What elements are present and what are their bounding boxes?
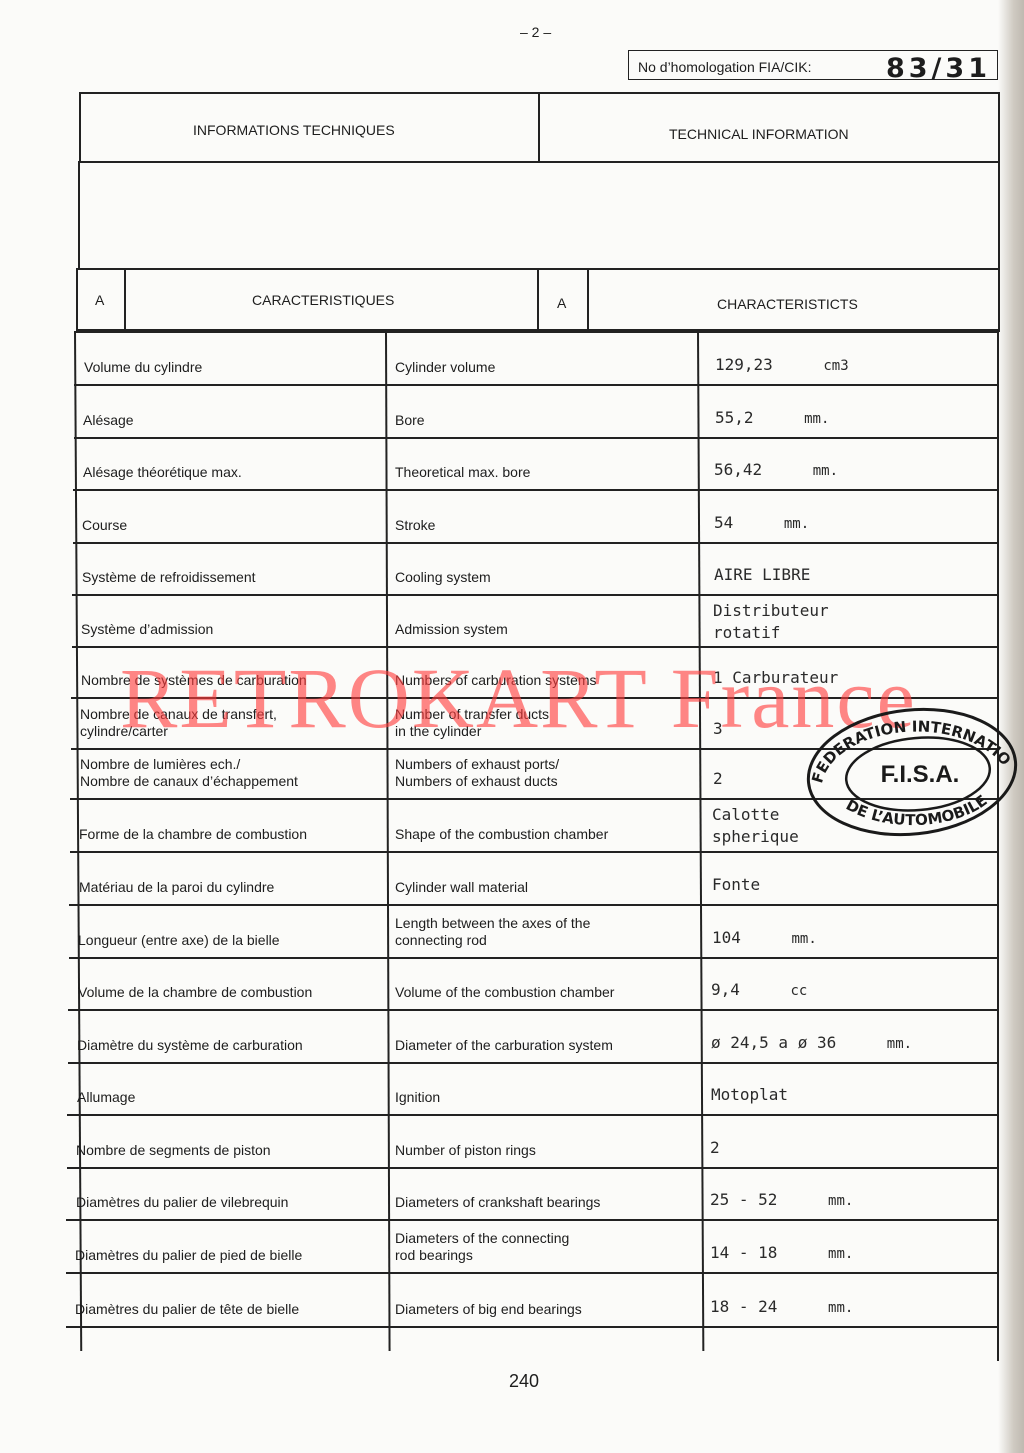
homologation-number: 83/31 <box>886 53 991 84</box>
row-unit: mm. <box>777 1246 853 1262</box>
rule <box>998 92 1000 332</box>
row-label-fr: Volume de la chambre de combustion <box>78 984 312 1001</box>
row-label-fr: Longueur (entre axe) de la bielle <box>78 932 280 949</box>
rule <box>68 1009 998 1011</box>
row-unit: mm. <box>741 931 817 947</box>
row-label-fr: Nombre de segments de piston <box>76 1142 271 1159</box>
page-number-top: – 2 – <box>520 24 551 40</box>
row-value: Fonte <box>712 874 760 896</box>
row-label-en: Diameters of the connectingrod bearings <box>395 1230 569 1264</box>
rule <box>75 331 998 333</box>
row-label-en: Diameters of big end bearings <box>395 1301 582 1318</box>
rule <box>70 851 998 853</box>
rule <box>69 957 998 959</box>
rule <box>68 1062 998 1064</box>
rule <box>538 92 540 162</box>
row-unit: mm. <box>836 1036 912 1052</box>
row-label-fr: Diamètres du palier de vilebrequin <box>76 1194 288 1211</box>
rule <box>537 268 539 330</box>
row-unit: mm. <box>762 463 838 479</box>
row-unit: mm. <box>777 1300 853 1316</box>
row-unit: mm. <box>777 1193 853 1209</box>
row-label-en: Length between the axes of theconnecting… <box>395 915 590 949</box>
row-value: ø 24,5 a ø 36 mm. <box>711 1032 912 1055</box>
header-right-title: TECHNICAL INFORMATION <box>669 126 849 142</box>
section-right-title: CHARACTERISTICTS <box>717 296 858 312</box>
row-label-en: Cylinder volume <box>395 359 495 376</box>
row-value: 18 - 24 mm. <box>710 1296 853 1319</box>
rule <box>66 1272 998 1274</box>
row-value: AIRE LIBRE <box>714 564 810 586</box>
rule <box>69 904 998 906</box>
row-label-fr: Matériau de la paroi du cylindre <box>79 879 274 896</box>
row-label-en: Diameter of the carburation system <box>395 1037 613 1054</box>
row-unit: cm3 <box>773 358 849 374</box>
rule <box>73 489 998 491</box>
row-label-fr: Allumage <box>77 1089 135 1106</box>
rule <box>385 331 390 1351</box>
section-left-title: CARACTERISTIQUES <box>252 292 394 308</box>
row-label-fr: Volume du cylindre <box>84 359 202 376</box>
row-value: 9,4 cc <box>711 979 807 1002</box>
rule <box>73 542 998 544</box>
row-label-en: Stroke <box>395 517 435 534</box>
rule <box>72 594 998 596</box>
row-unit: cc <box>740 983 807 999</box>
row-value: 2 <box>713 768 723 790</box>
row-value: 55,2 mm. <box>715 407 829 430</box>
row-label-fr: Diamètres du palier de pied de bielle <box>75 1247 302 1264</box>
rule <box>587 268 589 330</box>
row-label-fr: Diamètre du système de carburation <box>77 1037 303 1054</box>
row-value: 25 - 52 mm. <box>710 1189 853 1212</box>
row-label-en: Diameters of crankshaft bearings <box>395 1194 600 1211</box>
rule <box>78 161 80 269</box>
homologation-label: No d’homologation FIA/CIK: <box>638 59 812 75</box>
rule <box>124 268 126 330</box>
rule <box>67 1114 998 1116</box>
rule <box>74 384 998 386</box>
rule <box>76 268 78 330</box>
row-unit: mm. <box>754 411 830 427</box>
row-value: Calotte spherique <box>712 804 799 848</box>
section-left-letter: A <box>95 292 104 308</box>
rule <box>67 1167 998 1169</box>
row-label-en: Theoretical max. bore <box>395 464 530 481</box>
page-number-bottom: 240 <box>509 1371 539 1392</box>
row-label-en: Bore <box>395 412 425 429</box>
section-right-letter: A <box>557 295 566 311</box>
row-label-fr: Alésage théorétique max. <box>83 464 242 481</box>
row-value: 14 - 18 mm. <box>710 1242 853 1265</box>
rule <box>79 92 81 162</box>
row-label-fr: Course <box>82 517 127 534</box>
row-label-en: Cooling system <box>395 569 491 586</box>
row-label-fr: Diamètres du palier de tête de bielle <box>75 1301 299 1318</box>
rule <box>74 437 998 439</box>
row-value: 129,23 cm3 <box>715 354 849 377</box>
rule <box>697 331 704 1351</box>
rule <box>66 1219 998 1221</box>
row-value: Distributeur rotatif <box>713 600 829 644</box>
row-value: 54 mm. <box>714 512 809 535</box>
row-label-fr: Nombre de lumières ech./Nombre de canaux… <box>80 756 298 790</box>
fisa-stamp-icon: FEDERATION INTERNATIONALE DE L’AUTOMOBIL… <box>800 700 1022 840</box>
row-label-fr: Forme de la chambre de combustion <box>79 826 307 843</box>
row-label-en: Number of piston rings <box>395 1142 536 1159</box>
rule <box>997 331 999 1361</box>
row-value: 56,42 mm. <box>714 459 838 482</box>
rule <box>66 1326 998 1328</box>
row-label-en: Volume of the combustion chamber <box>395 984 614 1001</box>
row-label-fr: Système de refroidissement <box>82 569 256 586</box>
row-label-en: Shape of the combustion chamber <box>395 826 608 843</box>
row-label-fr: Système d’admission <box>81 621 213 638</box>
watermark: RETROKART France <box>120 648 917 748</box>
rule <box>79 161 999 163</box>
row-value: 2 <box>710 1137 720 1159</box>
row-label-en: Cylinder wall material <box>395 879 528 896</box>
row-label-en: Ignition <box>395 1089 440 1106</box>
row-label-fr: Alésage <box>83 412 134 429</box>
header-left-title: INFORMATIONS TECHNIQUES <box>193 122 395 138</box>
row-value: 104 mm. <box>712 927 817 950</box>
stamp-center-text: F.I.S.A. <box>881 761 960 788</box>
row-value: Motoplat <box>711 1084 788 1106</box>
homologation-box: No d’homologation FIA/CIK: 83/31 <box>628 50 998 80</box>
row-label-en: Admission system <box>395 621 508 638</box>
row-unit: mm. <box>733 516 809 532</box>
row-label-en: Numbers of exhaust ports/Numbers of exha… <box>395 756 559 790</box>
